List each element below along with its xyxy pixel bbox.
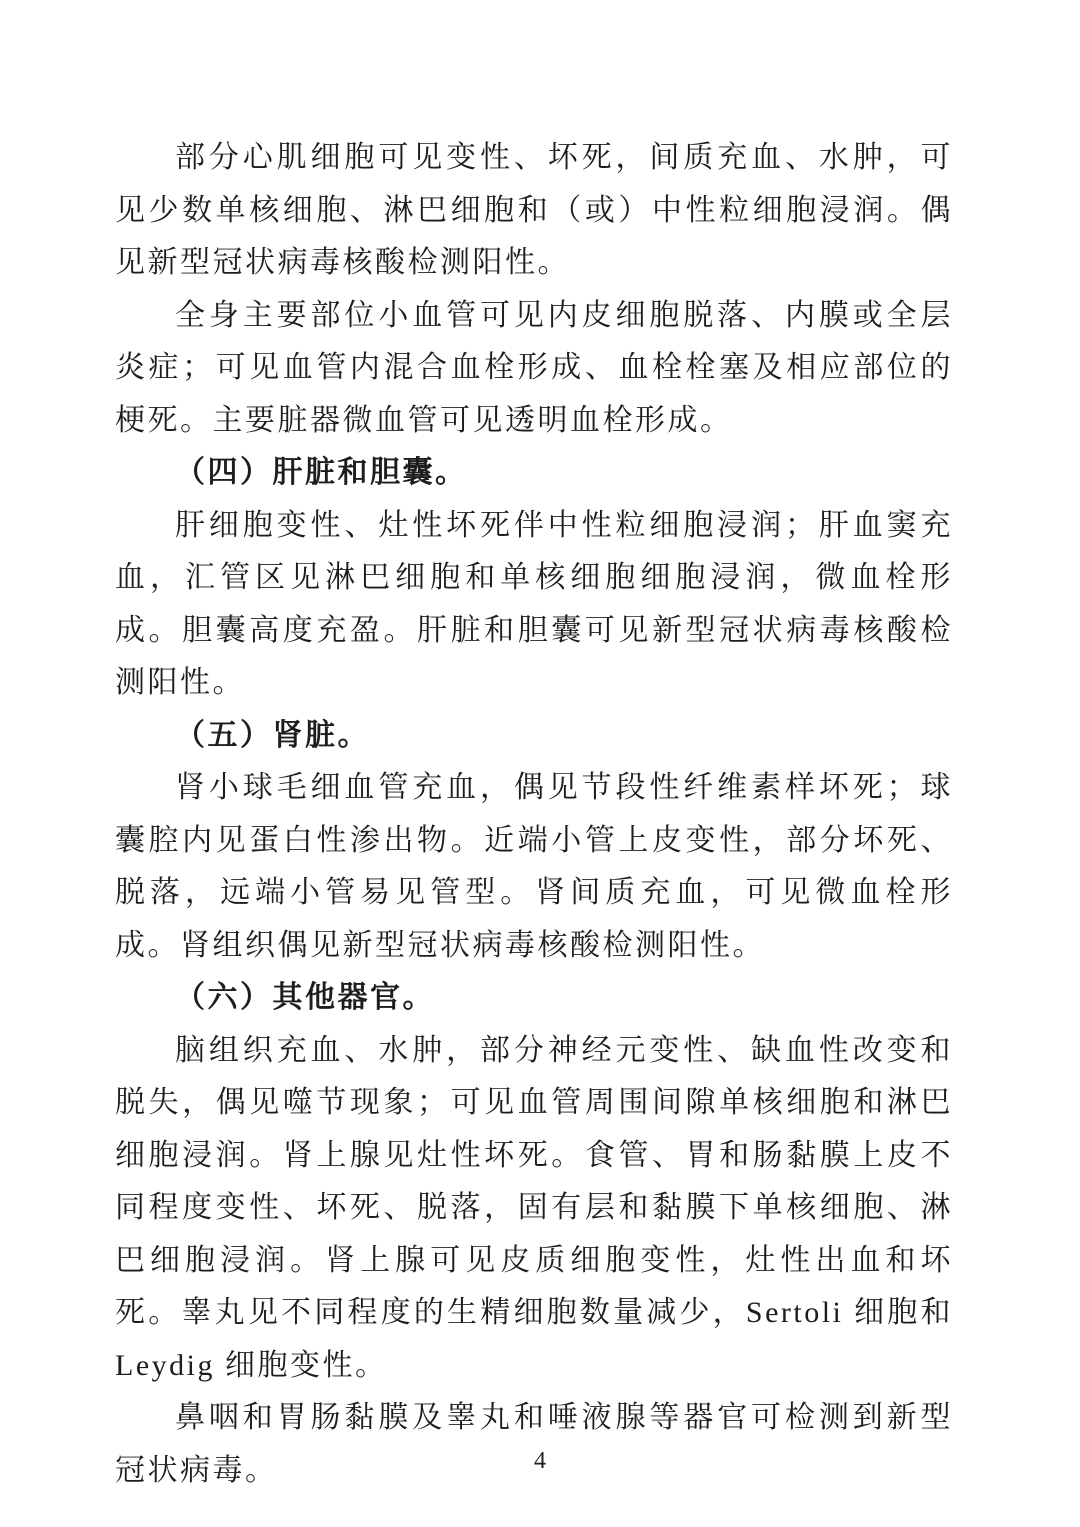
paragraph-other-organs: 脑组织充血、水肿，部分神经元变性、缺血性改变和脱失，偶见噬节现象；可见血管周围间… [115,1025,953,1393]
paragraph-kidney: 肾小球毛细血管充血，偶见节段性纤维素样坏死；球囊腔内见蛋白性渗出物。近端小管上皮… [115,762,953,972]
paragraph-virus-detection: 鼻咽和胃肠黏膜及睾丸和唾液腺等器官可检测到新型冠状病毒。 [115,1392,953,1497]
paragraph-myocardium: 部分心肌细胞可见变性、坏死，间质充血、水肿，可见少数单核细胞、淋巴细胞和（或）中… [115,132,953,290]
document-page: 部分心肌细胞可见变性、坏死，间质充血、水肿，可见少数单核细胞、淋巴细胞和（或）中… [0,0,1080,1527]
document-body: 部分心肌细胞可见变性、坏死，间质充血、水肿，可见少数单核细胞、淋巴细胞和（或）中… [115,132,953,1497]
section-heading-other-organs: （六）其他器官。 [115,972,953,1025]
paragraph-small-vessels: 全身主要部位小血管可见内皮细胞脱落、内膜或全层炎症；可见血管内混合血栓形成、血栓… [115,290,953,448]
paragraph-liver-gallbladder: 肝细胞变性、灶性坏死伴中性粒细胞浸润；肝血窦充血，汇管区见淋巴细胞和单核细胞细胞… [115,500,953,710]
section-heading-liver-gallbladder: （四）肝脏和胆囊。 [115,447,953,500]
page-number: 4 [0,1448,1080,1475]
section-heading-kidney: （五）肾脏。 [115,710,953,763]
